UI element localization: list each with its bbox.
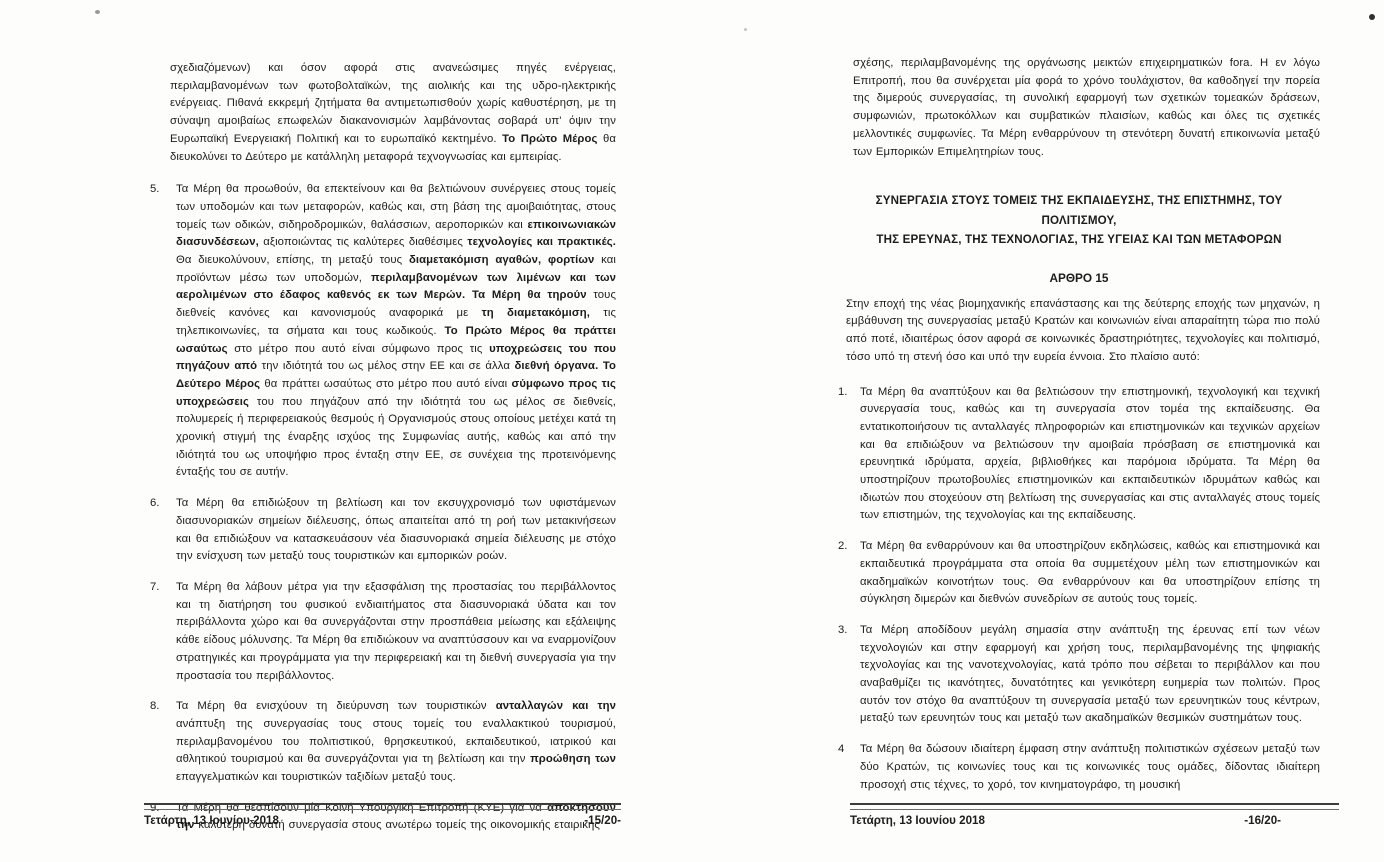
article-heading: ΑΡΘΡΟ 15	[838, 271, 1320, 285]
item-text: Τα Μέρη θα ενθαρρύνουν και θα υποστηρίζο…	[860, 538, 1320, 609]
scan-artifact-dot	[1369, 14, 1375, 20]
clause-item-6: 6. Τα Μέρη θα επιδιώξουν τη βελτίωση και…	[150, 495, 616, 566]
footer-rule	[144, 803, 621, 810]
footer-rule	[850, 803, 1339, 810]
clause-item-7: 7. Τα Μέρη θα λάβουν μέτρα για την εξασφ…	[150, 579, 616, 685]
footer-right: Τετάρτη, 13 Ιουνίου 2018 -16/20-	[850, 803, 1339, 827]
item-text: Τα Μέρη αποδίδουν μεγάλη σημασία στην αν…	[860, 622, 1320, 728]
footer-page-number: -16/20-	[1244, 814, 1281, 827]
footer-page-number: -15/20-	[584, 814, 621, 827]
page-left: σχεδιαζόμενων) και όσον αφορά στις ανανε…	[150, 60, 616, 848]
item-number: 7.	[150, 579, 176, 685]
clause-item-3: 3. Τα Μέρη αποδίδουν μεγάλη σημασία στην…	[838, 622, 1320, 728]
footer-date: Τετάρτη, 13 Ιουνίου 2018	[850, 814, 985, 827]
item-text: Τα Μέρη θα λάβουν μέτρα για την εξασφάλι…	[176, 579, 616, 685]
continued-paragraph: σχέσης, περιλαμβανομένης της οργάνωσης μ…	[853, 55, 1320, 161]
item-number: 3.	[838, 622, 860, 728]
item-text: Τα Μέρη θα δώσουν ιδιαίτερη έμφαση στην …	[860, 741, 1320, 794]
section-heading-line1: ΣΥΝΕΡΓΑΣΙΑ ΣΤΟΥΣ ΤΟΜΕΙΣ ΤΗΣ ΕΚΠΑΙΔΕΥΣΗΣ,…	[842, 191, 1316, 230]
scanned-document-spread: σχεδιαζόμενων) και όσον αφορά στις ανανε…	[0, 0, 1384, 862]
page-right: σχέσης, περιλαμβανομένης της οργάνωσης μ…	[838, 55, 1320, 807]
item-text: Τα Μέρη θα επιδιώξουν τη βελτίωση και το…	[176, 495, 616, 566]
section-heading: ΣΥΝΕΡΓΑΣΙΑ ΣΤΟΥΣ ΤΟΜΕΙΣ ΤΗΣ ΕΚΠΑΙΔΕΥΣΗΣ,…	[842, 191, 1316, 250]
item-number: 5.	[150, 181, 176, 482]
item-number: 1.	[838, 384, 860, 526]
item-number: 4	[838, 741, 860, 794]
article-intro-paragraph: Στην εποχή της νέας βιομηχανικής επανάστ…	[846, 296, 1320, 367]
clause-item-4: 4 Τα Μέρη θα δώσουν ιδιαίτερη έμφαση στη…	[838, 741, 1320, 794]
item-number: 8.	[150, 698, 176, 787]
item-text: Τα Μέρη θα ενισχύουν τη διεύρυνση των το…	[176, 698, 616, 787]
item-number: 6.	[150, 495, 176, 566]
item-text: Τα Μέρη θα προωθούν, θα επεκτείνουν και …	[176, 181, 616, 482]
item-number: 2.	[838, 538, 860, 609]
clause-item-5: 5. Τα Μέρη θα προωθούν, θα επεκτείνουν κ…	[150, 181, 616, 482]
footer-date: Τετάρτη, 13 Ιουνίου 2018	[144, 814, 279, 827]
continued-paragraph: σχεδιαζόμενων) και όσον αφορά στις ανανε…	[170, 60, 616, 166]
clause-item-2: 2. Τα Μέρη θα ενθαρρύνουν και θα υποστηρ…	[838, 538, 1320, 609]
section-heading-line2: ΤΗΣ ΕΡΕΥΝΑΣ, ΤΗΣ ΤΕΧΝΟΛΟΓΙΑΣ, ΤΗΣ ΥΓΕΙΑΣ…	[842, 230, 1316, 250]
footer-left: Τετάρτη, 13 Ιουνίου 2018 -15/20-	[144, 803, 621, 827]
item-text: Τα Μέρη θα αναπτύξουν και θα βελτιώσουν …	[860, 384, 1320, 526]
scan-artifact-dot	[744, 28, 747, 31]
scan-artifact-dot	[95, 10, 100, 14]
clause-item-8: 8. Τα Μέρη θα ενισχύουν τη διεύρυνση των…	[150, 698, 616, 787]
clause-item-1: 1. Τα Μέρη θα αναπτύξουν και θα βελτιώσο…	[838, 384, 1320, 526]
